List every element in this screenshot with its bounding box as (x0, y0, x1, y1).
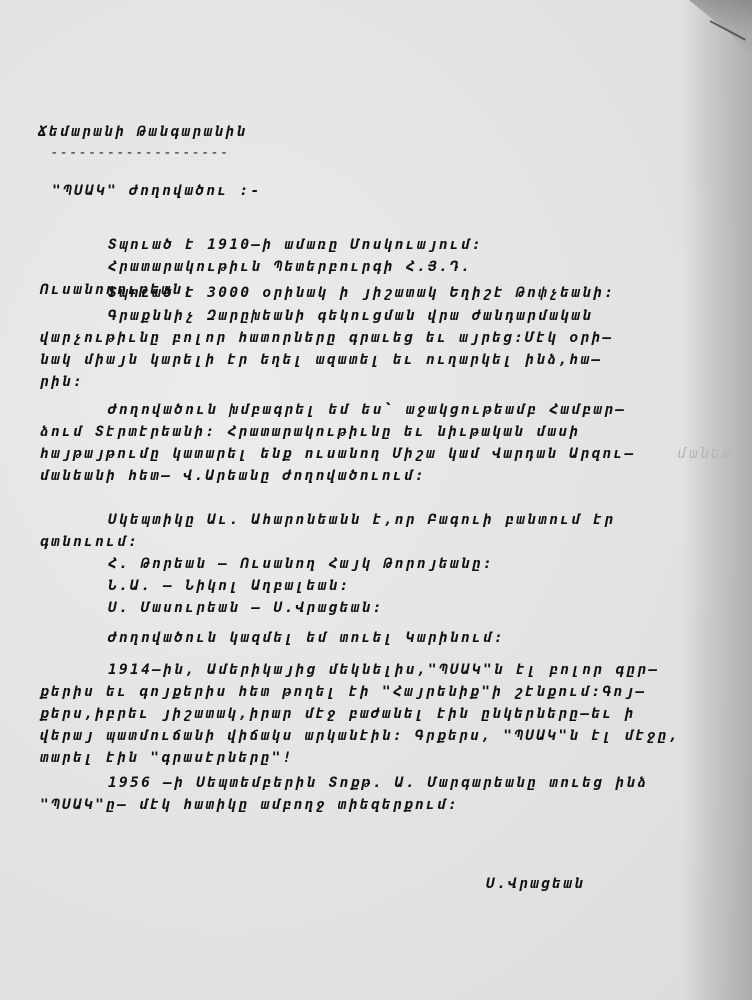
paragraph-2-line-2: ձում Տէրտէրեանի: Հրատարակութիւնը եւ նիւթ… (40, 424, 580, 440)
paragraph-1-line-1: Տպուած է 1910–ի ամառը Մոսկուայում: (108, 237, 483, 253)
paragraph-2-line-1: Ժողովածուն խմբագրել եմ ես՝ աջակցութեամբ … (108, 402, 626, 418)
paragraph-5-line-5: տարել էին "գրասէրները"! (40, 750, 294, 766)
paragraph-4-line-1: Ժողովածուն կազմել եմ տուել Կարինում: (108, 630, 505, 646)
document-page: Ճեմարանի Թանգարանին ------------------- … (0, 0, 752, 1000)
paragraph-6-line-1: 1956 –ի Սեպտեմբերին Տոքթ. Ա. Մարգարեանը … (108, 775, 648, 791)
document-subject: "ՊՍԱԿ" Ժողովածու :- (52, 183, 262, 199)
paragraph-3-line-3: Հ. Թորեան – Ուսանող Հայկ Թորոյեանը: (108, 556, 494, 572)
paragraph-5-line-3: քերս,իբրեւ յիշատակ,իրար մէջ բաժանել էին … (40, 706, 636, 722)
paragraph-1-line-7: նակ միայն կարելի էր եղել ազատել եւ ուղար… (40, 352, 603, 368)
paragraph-6-line-2: "ՊՍԱԿ"ը– մէկ հատիկը ամբողջ տիեզերքում: (40, 797, 459, 813)
paragraph-5-line-4: վերայ պատմուճանի վիճակս արկանէին: Գրքերս… (40, 728, 680, 744)
paragraph-1-line-6: վարչութիւնը բոլոր հատորները գրաւեց եւ այ… (40, 330, 614, 346)
paragraph-1-line-4: Տպուած է 3000 օրինակ ի յիշատակ Եղիշէ Թոփ… (108, 285, 615, 301)
paragraph-1-line-2: Հրատարակութիւն Պետերբուրգի Հ.Յ.Դ. (108, 259, 472, 275)
faint-bleed-through-text: մանեա (678, 446, 733, 462)
paragraph-5-line-1: 1914–ին, Ամերիկայից մեկնելիս,"ՊՍԱԿ"ն էլ … (108, 662, 660, 678)
paragraph-2-line-3: հայթայթումը կատարել ենք ուսանող Միշա կամ… (40, 446, 636, 462)
paragraph-3-line-1: Սկեպտիկը Աւ. Ահարոնեանն է,որ Բագուի բանտ… (108, 512, 615, 528)
page-edge-shadow (682, 0, 752, 1000)
paragraph-1-line-8: րին: (40, 374, 84, 390)
heading-underline: ------------------- (50, 145, 229, 161)
paragraph-3-line-2: գտնուում: (40, 534, 139, 550)
paragraph-3-line-5: Ս. Մասուրեան – Ս.Վրացեան: (108, 600, 384, 616)
document-heading: Ճեմարանի Թանգարանին (38, 124, 248, 140)
paragraph-2-line-4: մանեանի հետ– Վ.Արեանը Ժողովածուում: (40, 468, 426, 484)
signature: Ս.Վրացեան (486, 876, 585, 892)
paragraph-1-line-5: Գրաքննիչ Զարըխեանի գեկուցման վրա ժանդարմ… (108, 308, 593, 324)
paragraph-3-line-4: Ն.Ա. – Նիկոլ Աղբալեան: (108, 578, 351, 594)
paragraph-5-line-2: քերիս եւ գոյքերիս հետ թողել էի "Հայրենիք… (40, 684, 647, 700)
